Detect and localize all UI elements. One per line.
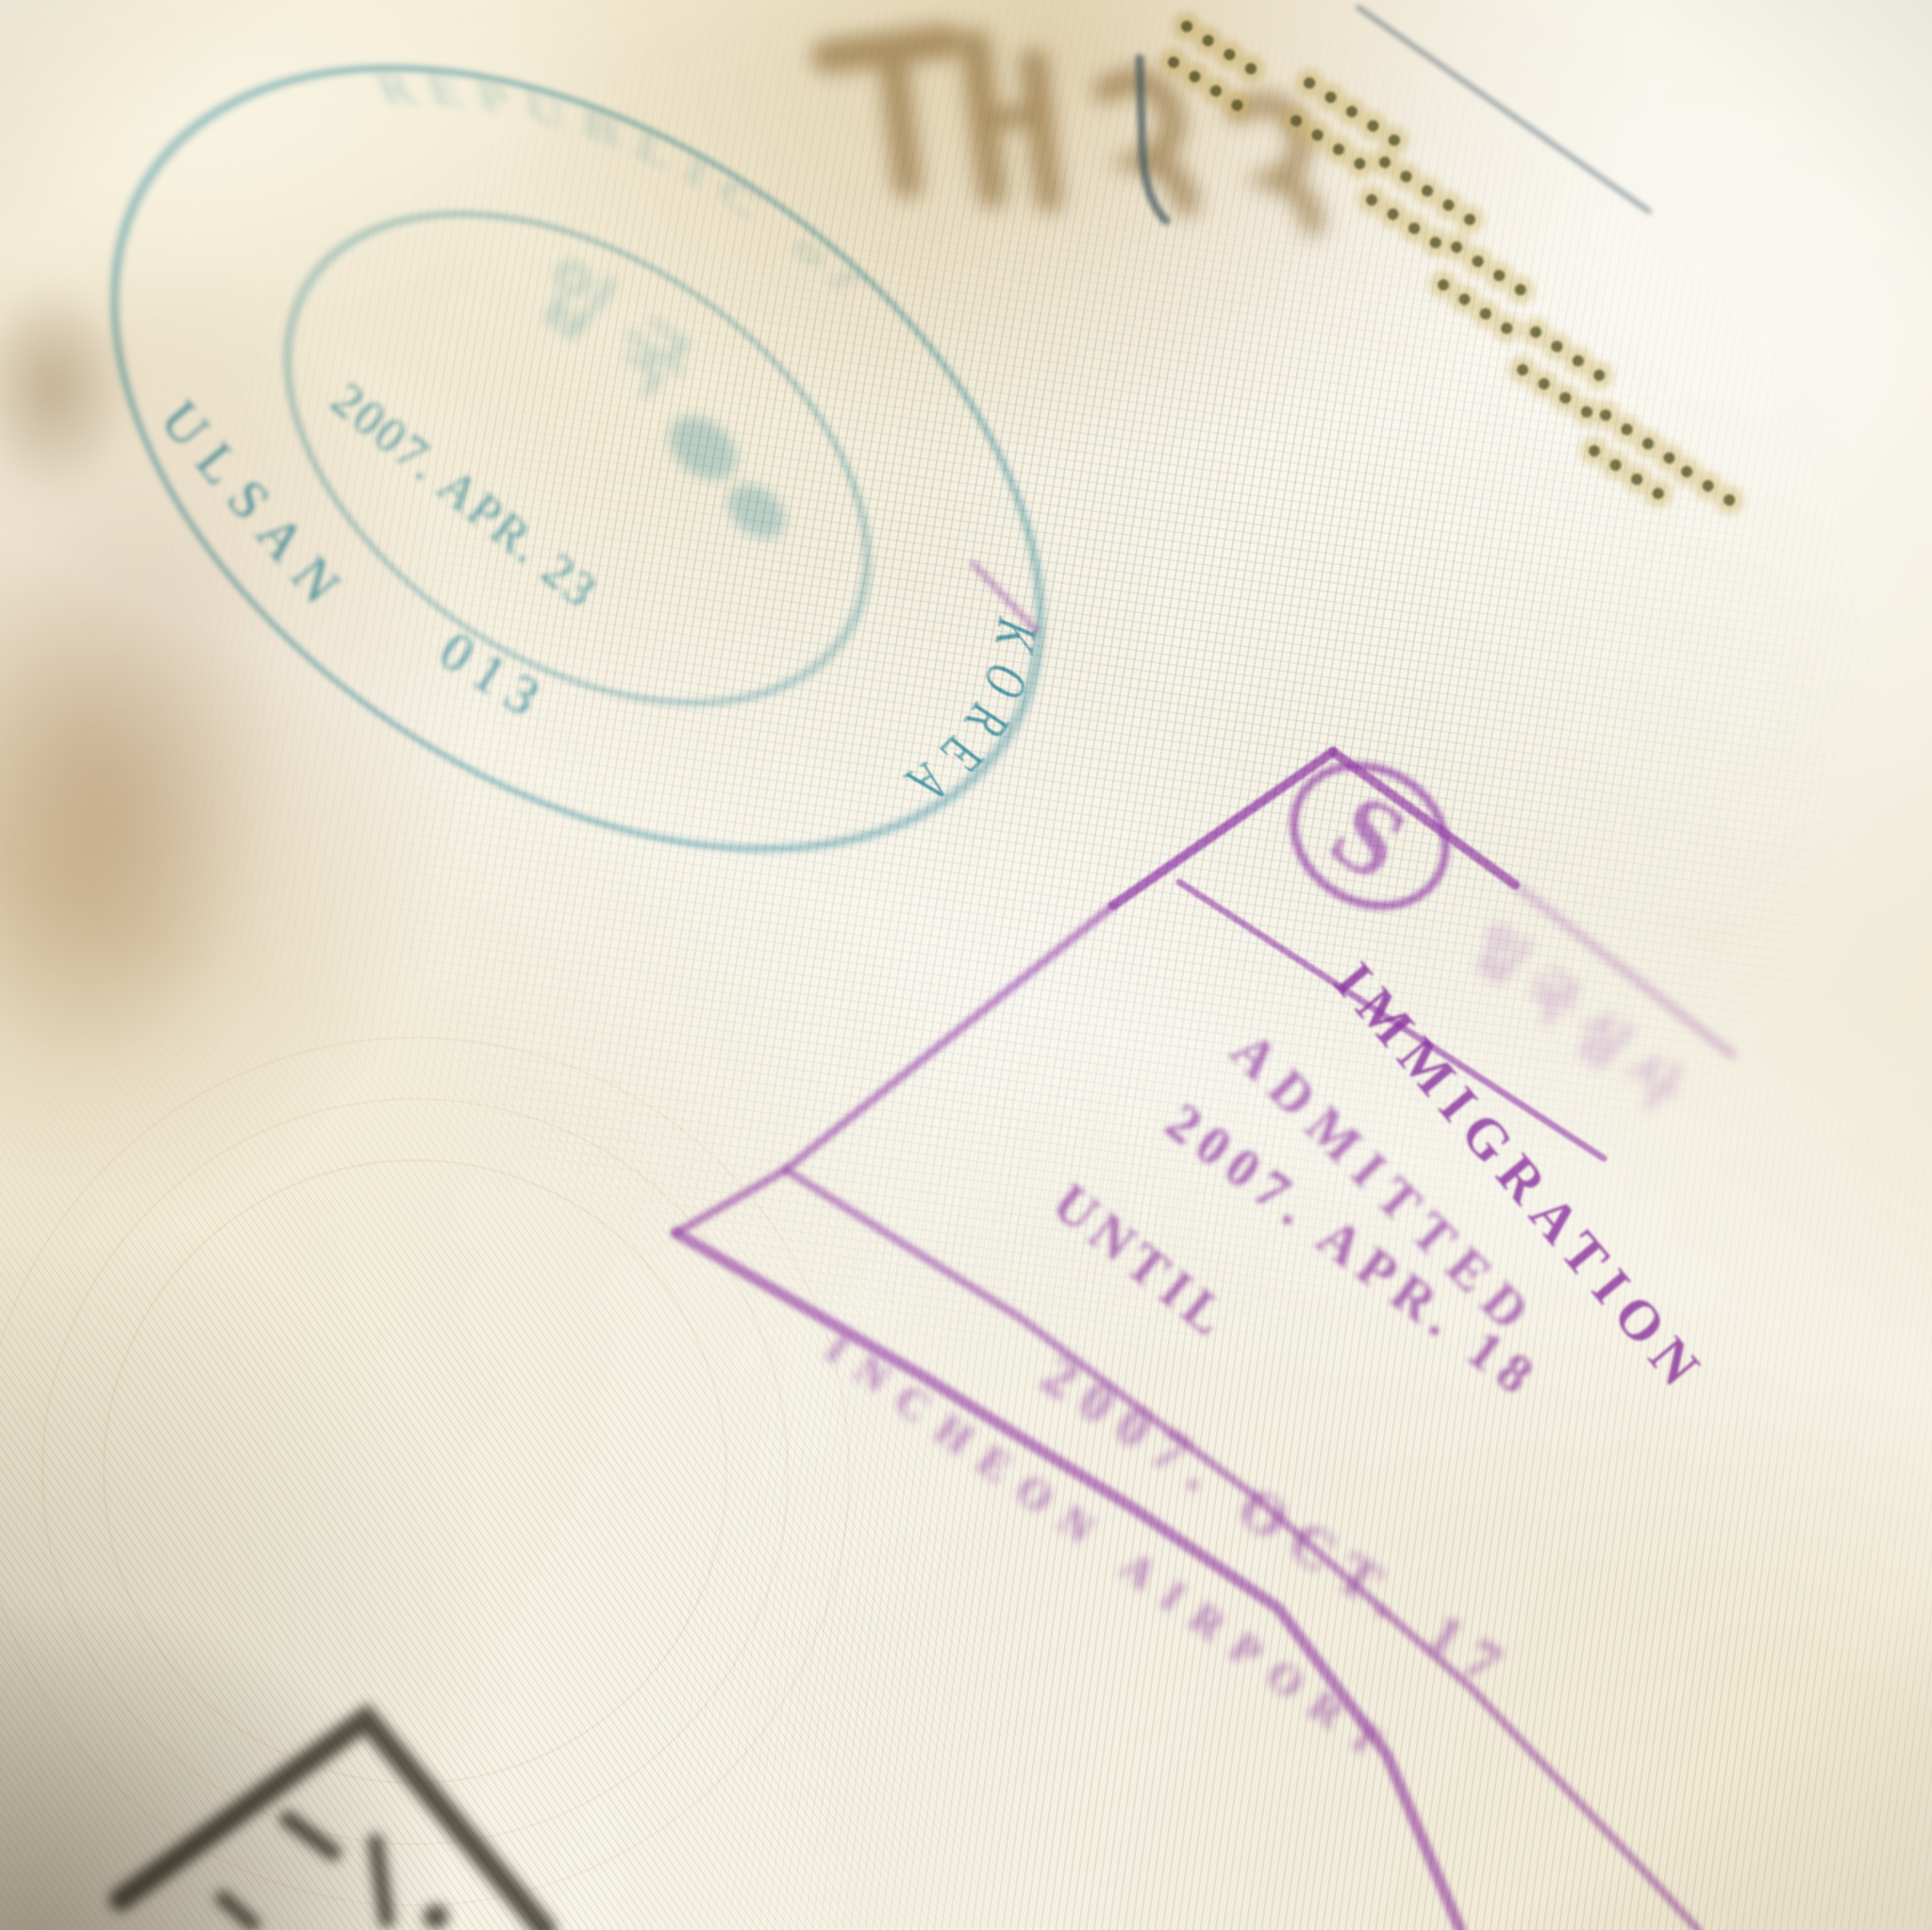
stamp-ink-layer: REPUBLIC of KOREA ULSAN 입국 2007. APR. 23… (0, 0, 1932, 1930)
ulsan-stamp-date-text: 2007. APR. 23 (321, 373, 608, 620)
incheon-stamp-korean-text: 입국심사 (1460, 913, 1702, 1130)
ulsan-stamp-outer-ring (0, 0, 1183, 1010)
incheon-entry-stamp: S 입국심사 IMMIGRATION ADMITTED 2007. APR. 1… (676, 564, 1732, 1930)
ulsan-stamp-korean-text: 입국 (518, 245, 724, 429)
ulsan-stamp-inner-ring (198, 113, 956, 805)
incheon-stamp-code-circle: S (1268, 738, 1473, 934)
passport-page-photo: REPUBLIC of KOREA ULSAN 입국 2007. APR. 23… (0, 0, 1932, 1930)
ulsan-stamp-ring-text-korea: KOREA (872, 599, 1074, 839)
ulsan-stamp-ink-blobs (657, 404, 795, 549)
incheon-stamp-until-text: UNTIL (1041, 1172, 1244, 1352)
ulsan-entry-stamp: REPUBLIC of KOREA ULSAN 입국 2007. APR. 23… (0, 0, 1192, 1015)
ulsan-stamp-serial-text: 013 (429, 619, 560, 734)
